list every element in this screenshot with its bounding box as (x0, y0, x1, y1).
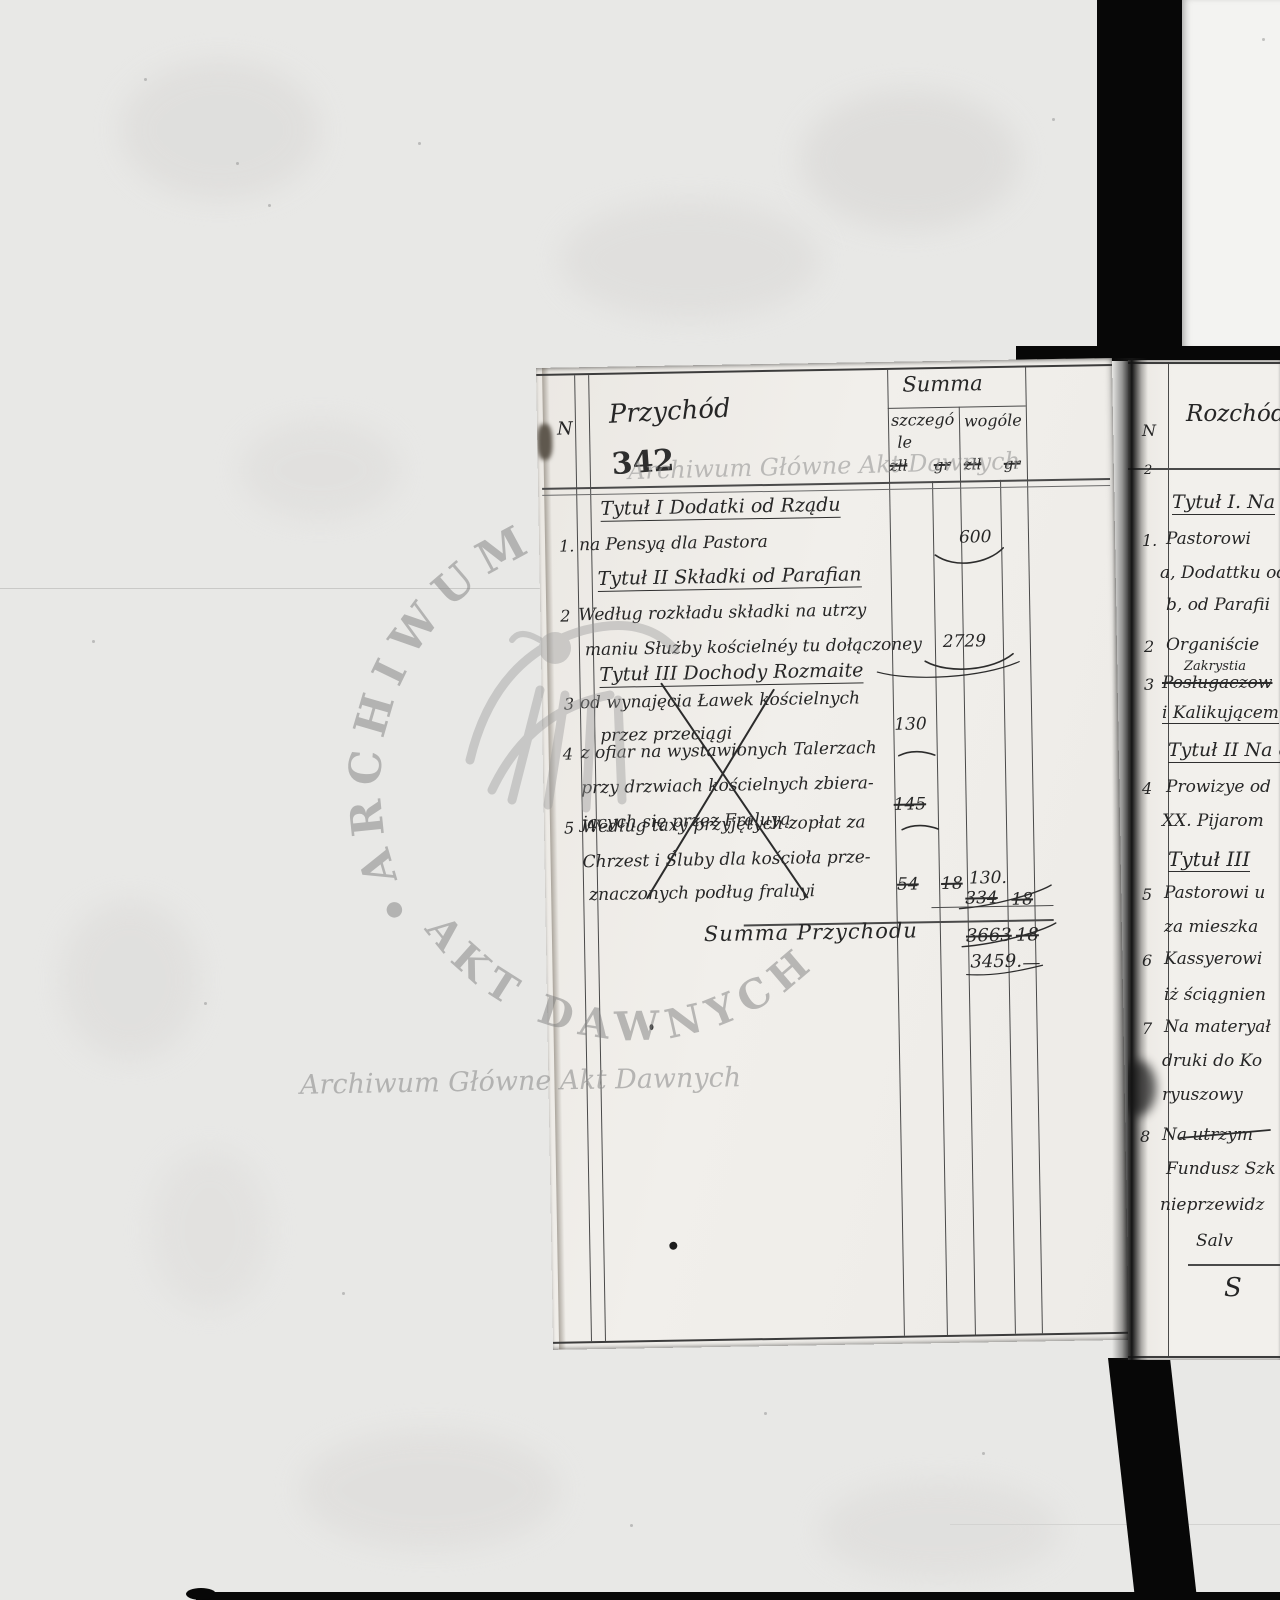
stamp-arc-top-text: •ARCHIWUM (339, 511, 545, 933)
dust-speck (92, 640, 95, 643)
dust-speck (764, 1412, 767, 1415)
dust-speck (204, 1002, 207, 1005)
strike-tail (959, 885, 1051, 909)
dust-speck (342, 1292, 345, 1295)
dust-speck (630, 1524, 633, 1527)
cross-out-line (662, 681, 808, 899)
flourish-under-total (967, 965, 1043, 975)
swash-under-2729 (925, 654, 1013, 670)
dust-speck (1262, 38, 1265, 41)
dash-item-4 (899, 751, 935, 755)
dust-speck (982, 1452, 985, 1455)
dust-speck (268, 204, 271, 207)
film-edge-bar-bottom (1108, 1358, 1197, 1600)
archival-scan-canvas: N Przychód 342 Summa szczegó le wogóle z… (0, 0, 1280, 1600)
texture-blob (240, 420, 400, 520)
texture-blob (300, 1430, 560, 1550)
ink-strokes-overlay (536, 358, 1129, 1350)
film-edge-bar-top (1097, 0, 1182, 352)
texture-blob (120, 60, 320, 200)
partial-strike (1180, 1130, 1270, 1138)
film-bottom-strip (196, 1592, 1280, 1600)
dash-item-5 (902, 825, 938, 829)
right-page: N 2 Rozchód Tytuł I. Na 1. Pastorowi a, … (1128, 360, 1280, 1360)
cross-out-line (644, 690, 778, 898)
texture-blob (150, 1150, 270, 1310)
scanner-artifact-line (950, 1524, 1280, 1525)
dust-speck (1052, 118, 1055, 121)
swash-under-600 (935, 548, 1003, 564)
scanner-artifact-line (0, 588, 540, 589)
left-page: N Przychód 342 Summa szczegó le wogóle z… (536, 358, 1129, 1350)
dust-speck (418, 142, 421, 145)
texture-blob (820, 1480, 1060, 1580)
swash-flourish (877, 662, 1019, 679)
texture-blob (800, 90, 1020, 230)
film-bottom-blob (186, 1588, 216, 1600)
dust-speck (236, 162, 239, 165)
binding-gutter-shadow (1112, 358, 1148, 1360)
texture-blob (60, 900, 200, 1060)
dust-speck (144, 78, 147, 81)
ink-strokes-overlay (1128, 360, 1280, 1360)
strike-tail (962, 923, 1056, 947)
texture-blob (560, 200, 820, 320)
film-frame-white-panel (1182, 0, 1280, 348)
